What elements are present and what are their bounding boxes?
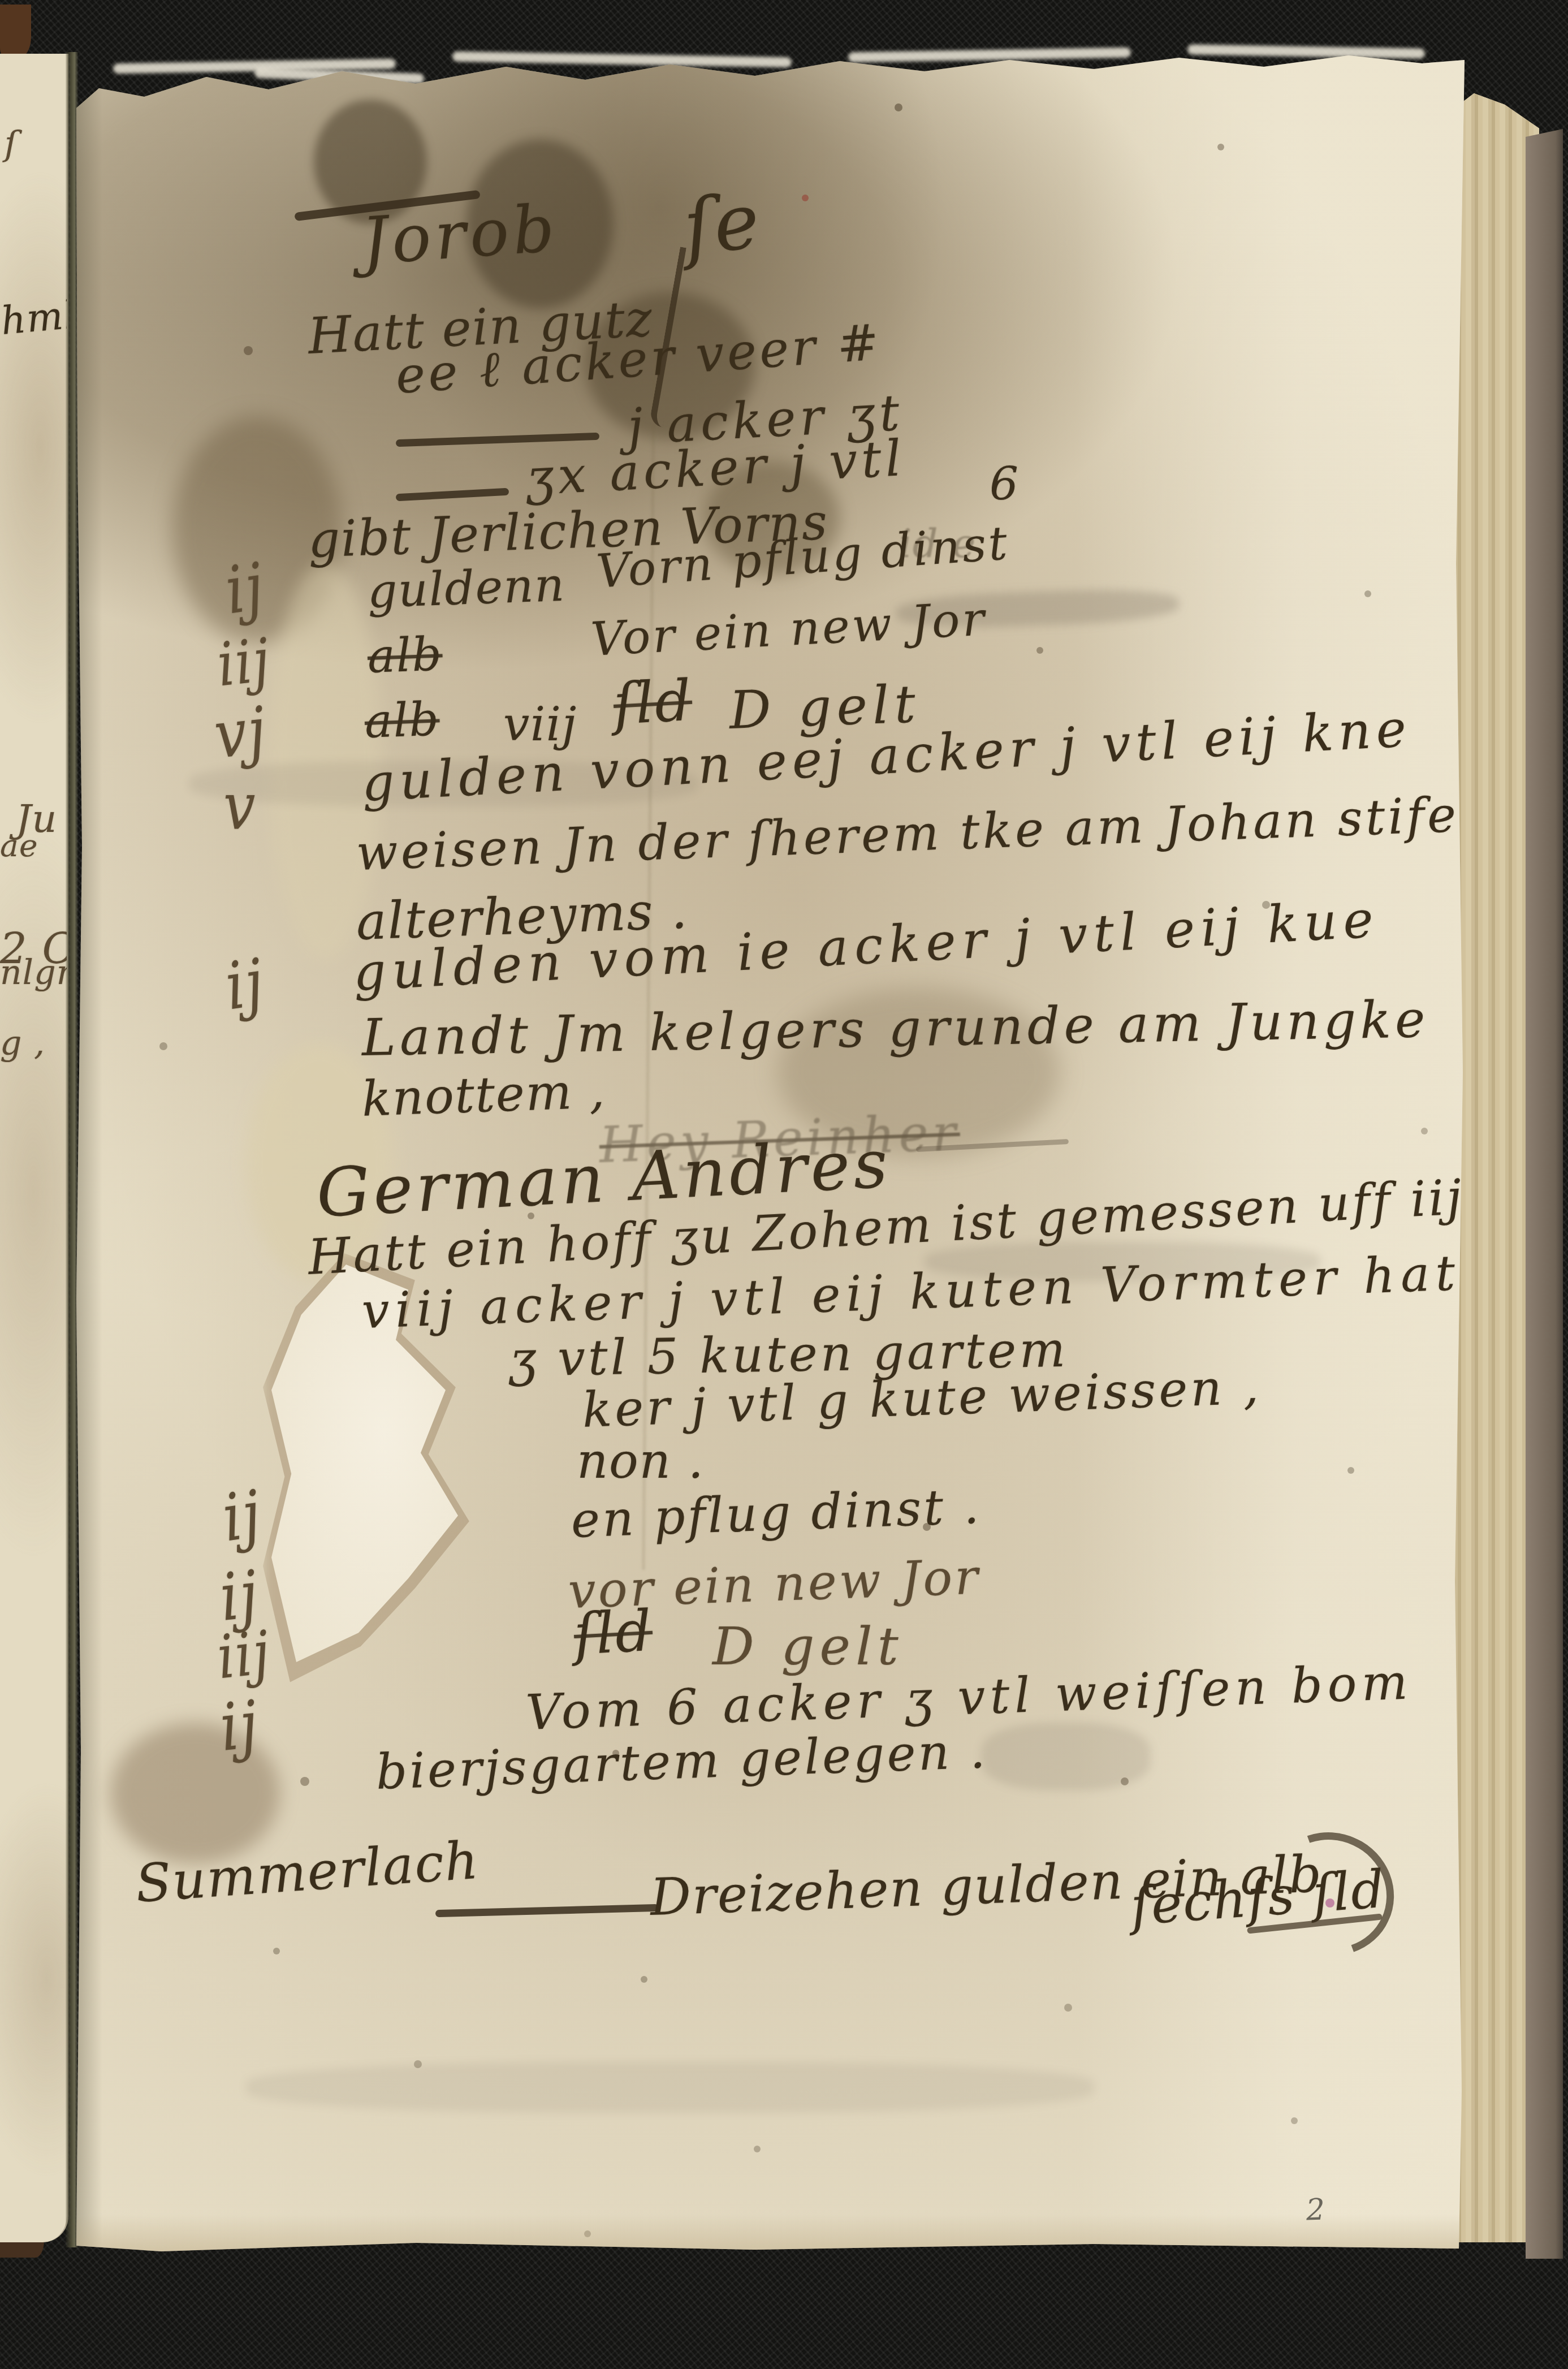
- previous-page-edge: ſ hmb Ju ae 2 O nlgn g ,: [0, 54, 68, 2242]
- due-amount: vj: [211, 698, 270, 768]
- page-bottom-edge-shade: [76, 2215, 1465, 2255]
- book-cover-edge: [1526, 129, 1563, 2259]
- fragment-text: ae: [0, 830, 38, 861]
- folio-number: 2: [1306, 2193, 1325, 2227]
- due-unit: guldenn: [367, 562, 566, 615]
- fragment-text: hmb: [0, 295, 68, 341]
- entry-jacob-heading: Jorob: [360, 196, 560, 275]
- due-unit-struck: alb: [364, 696, 440, 745]
- due-detail-struck: ſld: [612, 672, 693, 733]
- due-amount: iij: [214, 631, 273, 696]
- due-detail-struck: ſld: [572, 1603, 654, 1663]
- torn-edge-fibers: [1187, 44, 1425, 58]
- bleed-through-smudge: [246, 2062, 1094, 2113]
- manuscript-page: Jorob ſe Hatt ein gutz ee ℓ acker veer #…: [76, 54, 1465, 2255]
- ditto-dash: [396, 433, 599, 447]
- due-description-cont: bierjsgartem gelegen .: [375, 1727, 988, 1797]
- summary-flourish-loop: [1247, 1811, 1414, 1976]
- fragment-text: ſ: [5, 127, 18, 161]
- due-description: Vor ein new Jor: [590, 596, 988, 663]
- due-amount: ij: [219, 1482, 265, 1551]
- due-unit-struck: alb: [367, 631, 443, 680]
- due-amount: v: [223, 774, 257, 839]
- due-amount: ij: [217, 1692, 262, 1760]
- manuscript-scan: ſ hmb Ju ae 2 O nlgn g ,: [0, 0, 1568, 2369]
- measure-line: ʒx acker j vtl: [525, 433, 906, 503]
- ditto-dash: [396, 488, 509, 501]
- bleed-through-smudge: [981, 1723, 1151, 1790]
- due-amount: ij: [222, 950, 268, 1020]
- due-description: en pflug dinst .: [570, 1482, 982, 1545]
- spine-leather-corner: [0, 5, 31, 58]
- book-gutter: [66, 52, 78, 2247]
- entry-andres-line: non .: [577, 1437, 705, 1486]
- fragment-text: nlgn: [0, 956, 68, 990]
- due-amount: iij: [214, 1623, 273, 1688]
- measure-line-number: 6: [990, 461, 1020, 507]
- gutter-shadow: [76, 54, 102, 2255]
- fragment-text: g ,: [0, 1026, 45, 1060]
- due-detail: viij: [503, 702, 577, 748]
- due-long-text-cont: Landt Jm kelgers grunde am Jungke: [361, 994, 1429, 1064]
- torn-edge-fibers: [452, 51, 792, 67]
- summary-dash: [435, 1904, 659, 1917]
- due-detail: D gelt: [712, 1621, 904, 1673]
- torn-edge-fibers: [848, 48, 1131, 63]
- due-long-text-cont: knottem ,: [361, 1067, 606, 1124]
